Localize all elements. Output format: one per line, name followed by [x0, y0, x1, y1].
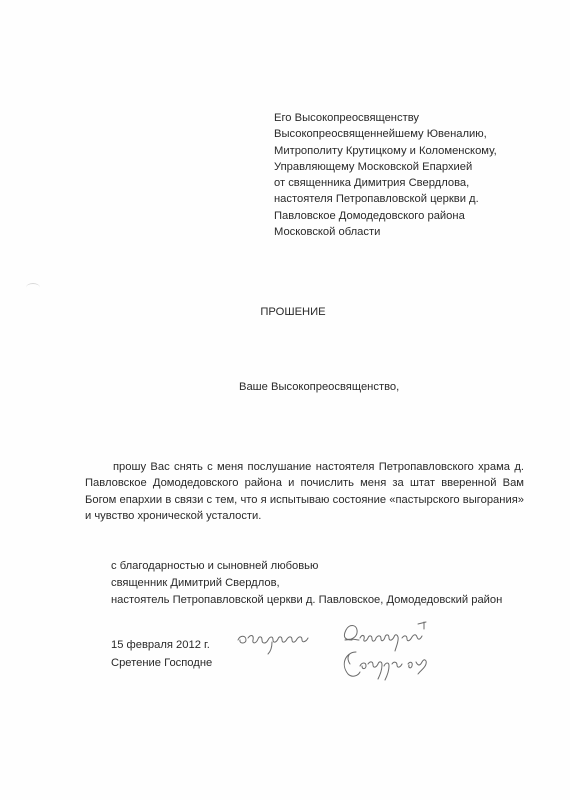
addressee-block: Его Высокопреосвященству Высокопреосвяще…	[274, 110, 497, 240]
addressee-line: Управляющему Московской Епархией	[274, 159, 497, 175]
signature-icon	[232, 618, 482, 688]
addressee-line: настоятеля Петропавловской церкви д.	[274, 191, 497, 207]
closing-block: с благодарностью и сыновней любовью свящ…	[111, 558, 502, 608]
petition-body: прошу Вас снять с меня послушание настоя…	[85, 459, 524, 525]
closing-line: священник Димитрий Свердлов,	[111, 575, 502, 592]
punch-hole-mark	[26, 283, 40, 292]
addressee-line: от священника Димитрия Свердлова,	[274, 175, 497, 191]
document-page: Его Высокопреосвященству Высокопреосвяще…	[0, 0, 570, 800]
addressee-line: Высокопреосвященнейшему Ювеналию,	[274, 126, 497, 142]
closing-line: с благодарностью и сыновней любовью	[111, 558, 502, 575]
feast-text: Сретение Господне	[111, 655, 212, 673]
date-block: 15 февраля 2012 г. Сретение Господне	[111, 637, 212, 672]
handwritten-signature	[232, 618, 482, 688]
addressee-line: Митрополиту Крутицкому и Коломенскому,	[274, 143, 497, 159]
addressee-line: Его Высокопреосвященству	[274, 110, 497, 126]
salutation: Ваше Высокопреосвященство,	[239, 381, 399, 393]
document-title: ПРОШЕНИЕ	[0, 306, 570, 318]
addressee-line: Павловское Домодедовского района	[274, 208, 497, 224]
closing-line: настоятель Петропавловской церкви д. Пав…	[111, 592, 502, 609]
date-text: 15 февраля 2012 г.	[111, 637, 212, 655]
addressee-line: Московской области	[274, 224, 497, 240]
